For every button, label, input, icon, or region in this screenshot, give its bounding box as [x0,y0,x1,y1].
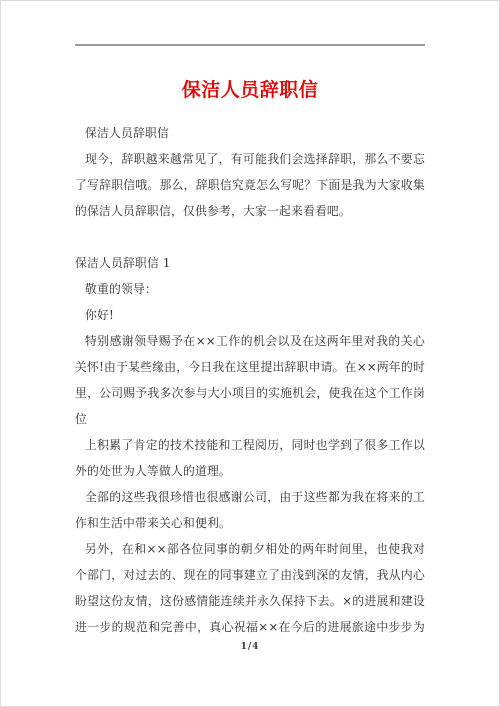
text-line: 了写辞职信哦。那么，辞职信究竟怎么写呢？下面是我为大家收集 [75,172,425,198]
text-line: 你好! [75,302,425,328]
document-page: 保洁人员辞职信 保洁人员辞职信现今，辞职越来越常见了，有可能我们会选择辞职，那么… [0,0,500,707]
text-line: 关怀!由于某些缘由，今日我在这里提出辞职申请。在××两年的时间 [75,354,425,380]
text-line: 保洁人员辞职信 1 [75,250,425,276]
text-line: 进一步的规范和完善中，真心祝福××在今后的进展旅途中步步为 [75,614,425,640]
text-line: 现今，辞职越来越常见了，有可能我们会选择辞职，那么不要忘 [75,146,425,172]
text-line: 敬重的领导： [75,276,425,302]
text-line: 位 [75,406,425,432]
document-body: 保洁人员辞职信现今，辞职越来越常见了，有可能我们会选择辞职，那么不要忘了写辞职信… [75,120,425,640]
text-line: 特别感谢领导赐予在××工作的机会以及在这两年里对我的关心和 [75,328,425,354]
text-line: 个部门，对过去的、现在的同事建立了由浅到深的友情，我从内心 [75,562,425,588]
text-line: 盼望这份友情，这份感情能连续并永久保持下去。×的进展和建设在 [75,588,425,614]
text-line: 另外，在和××部各位同事的朝夕相处的两年时间里，也使我对这 [75,536,425,562]
text-line: 作和生活中带来关心和便利。 [75,510,425,536]
text-line: 全部的这些我很珍惜也很感谢公司，由于这些都为我在将来的工 [75,484,425,510]
header-divider [75,44,425,46]
document-title: 保洁人员辞职信 [75,78,425,103]
text-line [75,224,425,250]
text-line: 外的处世为人等做人的道理。 [75,458,425,484]
text-line: 上积累了肯定的技术技能和工程阅历，同时也学到了很多工作以 [75,432,425,458]
text-line: 里，公司赐予我多次参与大小项目的实施机会，使我在这个工作岗 [75,380,425,406]
page-number: 1/4 [75,641,425,653]
text-line: 保洁人员辞职信 [75,120,425,146]
text-line: 的保洁人员辞职信，仅供参考，大家一起来看看吧。 [75,198,425,224]
